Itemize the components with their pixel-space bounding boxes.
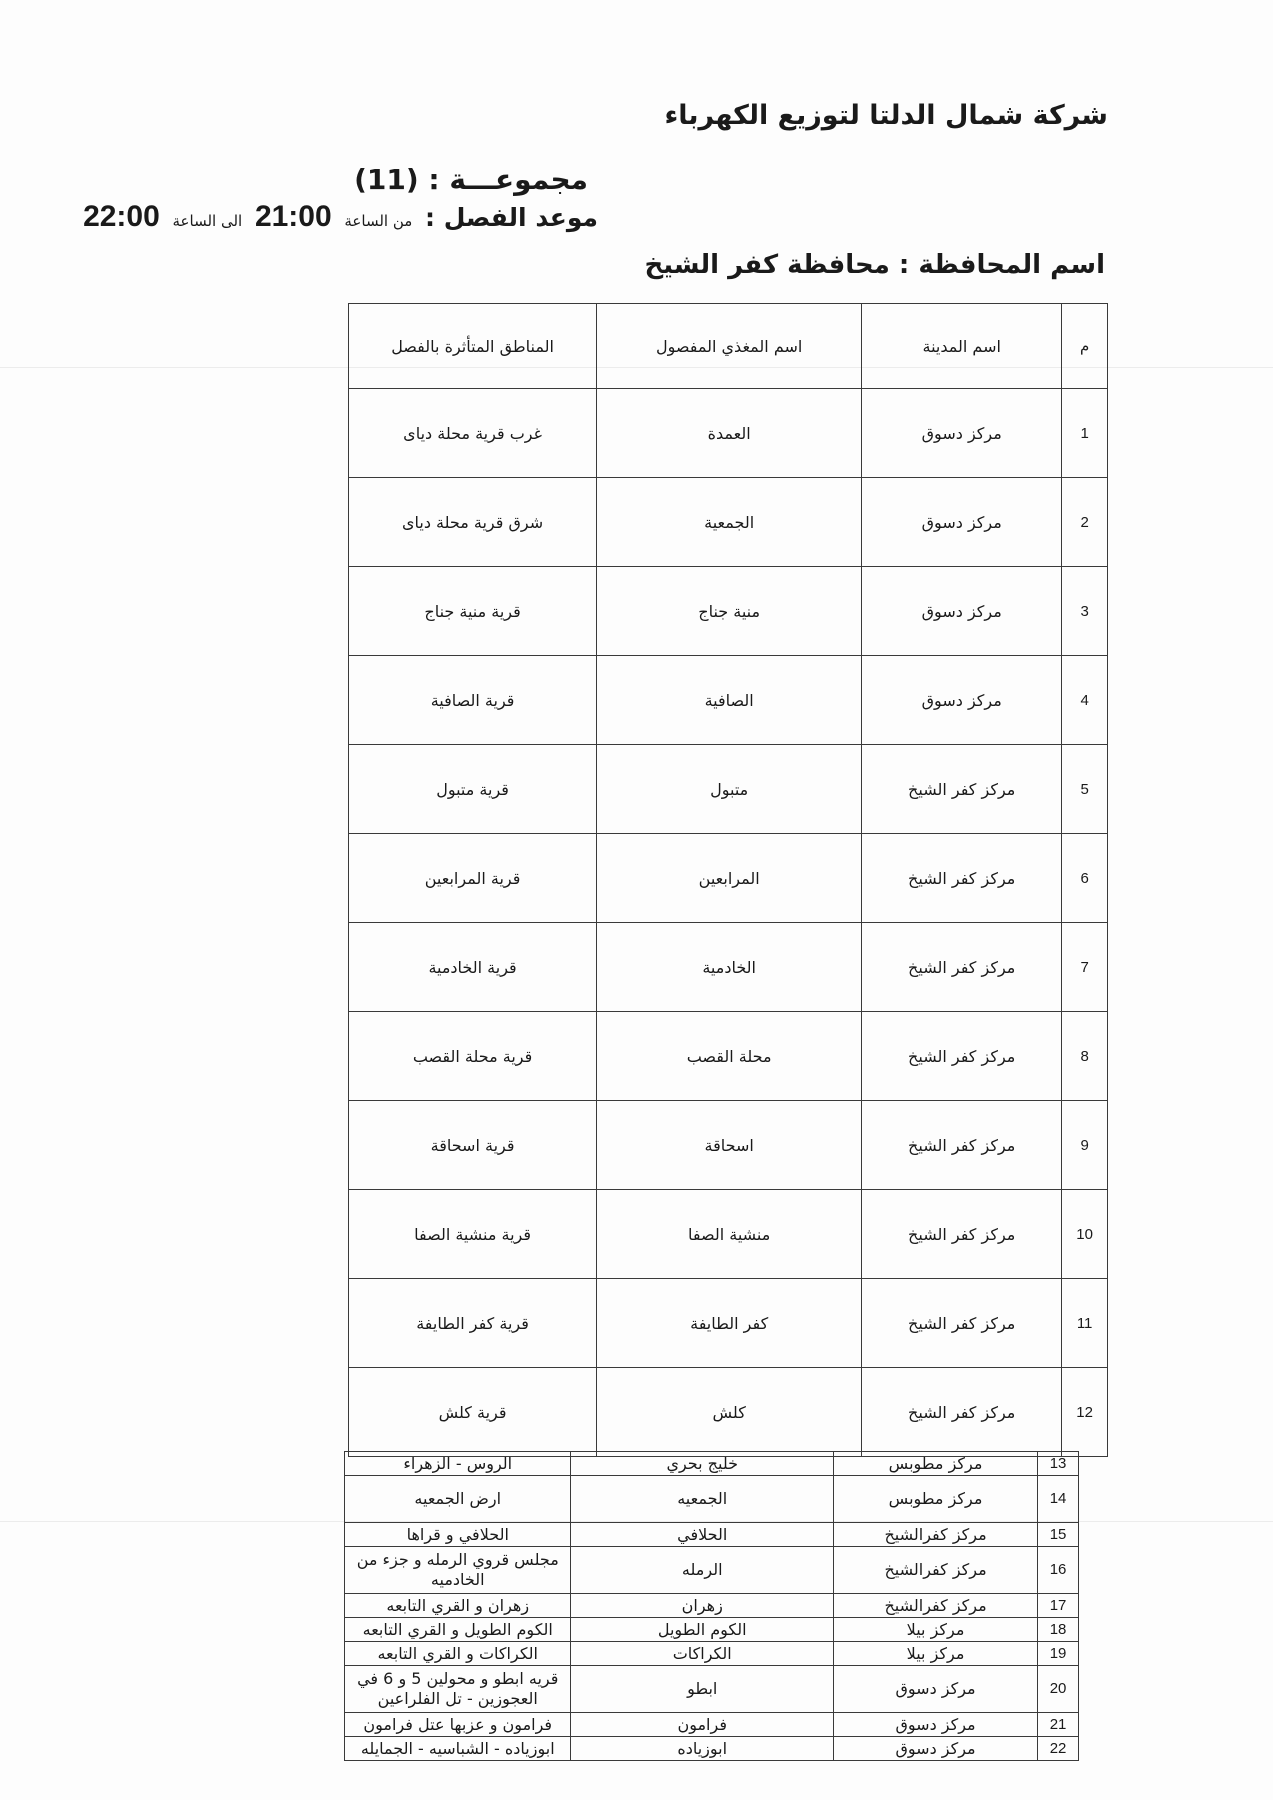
table-row: 7مركز كفر الشيخالخادميةقرية الخادمية: [349, 923, 1108, 1012]
table-row: 14مركز مطوبسالجمعيهارض الجمعيه: [345, 1476, 1079, 1523]
cutoff-from-text: من الساعة: [344, 212, 412, 230]
row-city: مركز دسوق: [862, 389, 1062, 478]
row-number: 22: [1038, 1737, 1079, 1761]
row-areas: ابوزياده - الشباسيه - الجمايله: [345, 1737, 571, 1761]
table-row: 10مركز كفر الشيخمنشية الصفاقرية منشية ال…: [349, 1190, 1108, 1279]
row-feeder: كفر الطايفة: [597, 1279, 862, 1368]
row-city: مركز دسوق: [833, 1737, 1037, 1761]
header-feeder: اسم المغذي المفصول: [597, 304, 862, 389]
row-number: 20: [1038, 1666, 1079, 1713]
table-row: 15مركز كفرالشيخالحلافيالحلافي و قراها: [345, 1523, 1079, 1547]
table-row: 12مركز كفر الشيخكلشقرية كلش: [349, 1368, 1108, 1457]
row-city: مركز دسوق: [862, 478, 1062, 567]
row-number: 14: [1038, 1476, 1079, 1523]
row-areas: قرية اسحاقة: [349, 1101, 597, 1190]
row-number: 4: [1062, 656, 1108, 745]
row-feeder: العمدة: [597, 389, 862, 478]
header-city: اسم المدينة: [862, 304, 1062, 389]
table-row: 3مركز دسوقمنية جناجقرية منية جناج: [349, 567, 1108, 656]
row-areas: الكراكات و القري التابعه: [345, 1642, 571, 1666]
table-row: 4مركز دسوقالصافيةقرية الصافية: [349, 656, 1108, 745]
row-feeder: الخادمية: [597, 923, 862, 1012]
row-number: 16: [1038, 1547, 1079, 1594]
table-row: 22مركز دسوقابوزيادهابوزياده - الشباسيه -…: [345, 1737, 1079, 1761]
row-areas: قرية منية جناج: [349, 567, 597, 656]
table-row: 9مركز كفر الشيخاسحاقةقرية اسحاقة: [349, 1101, 1108, 1190]
row-city: مركز كفر الشيخ: [862, 1279, 1062, 1368]
row-areas: قرية كلش: [349, 1368, 597, 1457]
row-feeder: منية جناج: [597, 567, 862, 656]
row-number: 21: [1038, 1713, 1079, 1737]
row-city: مركز دسوق: [862, 656, 1062, 745]
row-areas: قرية المرابعين: [349, 834, 597, 923]
governorate-name: اسم المحافظة : محافظة كفر الشيخ: [645, 250, 1105, 280]
row-city: مركز مطوبس: [833, 1452, 1037, 1476]
row-feeder: الصافية: [597, 656, 862, 745]
row-number: 10: [1062, 1190, 1108, 1279]
table-row: 19مركز بيلاالكراكاتالكراكات و القري التا…: [345, 1642, 1079, 1666]
row-number: 1: [1062, 389, 1108, 478]
row-areas: قرية الخادمية: [349, 923, 597, 1012]
row-number: 3: [1062, 567, 1108, 656]
row-feeder: الكراكات: [571, 1642, 834, 1666]
row-feeder: متبول: [597, 745, 862, 834]
cutoff-time: موعد الفصل : من الساعة 21:00 الى الساعة …: [83, 200, 598, 234]
row-number: 11: [1062, 1279, 1108, 1368]
row-city: مركز كفر الشيخ: [862, 745, 1062, 834]
company-name: شركة شمال الدلتا لتوزيع الكهرباء: [664, 100, 1108, 131]
row-areas: قرية محلة القصب: [349, 1012, 597, 1101]
row-feeder: خليج بحري: [571, 1452, 834, 1476]
row-areas: فرامون و عزبها عتل فرامون: [345, 1713, 571, 1737]
table-row: 5مركز كفر الشيخمتبولقرية متبول: [349, 745, 1108, 834]
table-row: 11مركز كفر الشيخكفر الطايفةقرية كفر الطا…: [349, 1279, 1108, 1368]
row-number: 13: [1038, 1452, 1079, 1476]
row-areas: ارض الجمعيه: [345, 1476, 571, 1523]
row-city: مركز كفر الشيخ: [862, 1190, 1062, 1279]
row-feeder: الرمله: [571, 1547, 834, 1594]
row-areas: زهران و القري التابعه: [345, 1594, 571, 1618]
row-areas: قرية متبول: [349, 745, 597, 834]
outage-table-main: م اسم المدينة اسم المغذي المفصول المناطق…: [348, 303, 1108, 1457]
row-areas: الحلافي و قراها: [345, 1523, 571, 1547]
row-number: 8: [1062, 1012, 1108, 1101]
row-city: مركز بيلا: [833, 1618, 1037, 1642]
table-row: 8مركز كفر الشيخمحلة القصبقرية محلة القصب: [349, 1012, 1108, 1101]
outage-table-continued: 13مركز مطوبسخليج بحريالروس - الزهراء14مر…: [344, 1451, 1079, 1761]
row-city: مركز بيلا: [833, 1642, 1037, 1666]
table-row: 20مركز دسوقابطوقريه ابطو و محولين 5 و 6 …: [345, 1666, 1079, 1713]
row-city: مركز كفرالشيخ: [833, 1523, 1037, 1547]
cutoff-label: موعد الفصل :: [425, 203, 598, 232]
row-feeder: فرامون: [571, 1713, 834, 1737]
row-number: 18: [1038, 1618, 1079, 1642]
row-areas: قرية منشية الصفا: [349, 1190, 597, 1279]
table-row: 2مركز دسوقالجمعيةشرق قرية محلة دياى: [349, 478, 1108, 567]
row-number: 12: [1062, 1368, 1108, 1457]
row-number: 5: [1062, 745, 1108, 834]
row-city: مركز مطوبس: [833, 1476, 1037, 1523]
table-row: 13مركز مطوبسخليج بحريالروس - الزهراء: [345, 1452, 1079, 1476]
header-areas: المناطق المتأثرة بالفصل: [349, 304, 597, 389]
header-number: م: [1062, 304, 1108, 389]
row-city: مركز دسوق: [833, 1713, 1037, 1737]
cutoff-to-text: الى الساعة: [173, 212, 243, 230]
row-areas: قريه ابطو و محولين 5 و 6 في العجوزين - ت…: [345, 1666, 571, 1713]
table-row: 16مركز كفرالشيخالرملهمجلس قروي الرمله و …: [345, 1547, 1079, 1594]
row-city: مركز كفرالشيخ: [833, 1594, 1037, 1618]
cutoff-to-time: 22:00: [83, 200, 160, 233]
row-number: 9: [1062, 1101, 1108, 1190]
row-feeder: منشية الصفا: [597, 1190, 862, 1279]
row-feeder: ابوزياده: [571, 1737, 834, 1761]
row-areas: مجلس قروي الرمله و جزء من الخادميه: [345, 1547, 571, 1594]
row-number: 15: [1038, 1523, 1079, 1547]
scanned-document-page: شركة شمال الدلتا لتوزيع الكهرباء مجموعــ…: [0, 0, 1273, 1800]
row-feeder: ابطو: [571, 1666, 834, 1713]
row-feeder: الجمعية: [597, 478, 862, 567]
row-areas: قرية الصافية: [349, 656, 597, 745]
row-feeder: كلش: [597, 1368, 862, 1457]
row-number: 6: [1062, 834, 1108, 923]
row-city: مركز كفر الشيخ: [862, 923, 1062, 1012]
table-header-row: م اسم المدينة اسم المغذي المفصول المناطق…: [349, 304, 1108, 389]
row-city: مركز دسوق: [833, 1666, 1037, 1713]
cutoff-from-time: 21:00: [255, 200, 332, 233]
row-city: مركز كفرالشيخ: [833, 1547, 1037, 1594]
table-row: 21مركز دسوقفرامونفرامون و عزبها عتل فرام…: [345, 1713, 1079, 1737]
row-areas: غرب قرية محلة دياى: [349, 389, 597, 478]
row-city: مركز كفر الشيخ: [862, 834, 1062, 923]
row-city: مركز كفر الشيخ: [862, 1012, 1062, 1101]
row-number: 19: [1038, 1642, 1079, 1666]
row-areas: الكوم الطويل و القري التابعه: [345, 1618, 571, 1642]
table-row: 18مركز بيلاالكوم الطويلالكوم الطويل و ال…: [345, 1618, 1079, 1642]
row-feeder: الجمعيه: [571, 1476, 834, 1523]
row-areas: الروس - الزهراء: [345, 1452, 571, 1476]
row-number: 2: [1062, 478, 1108, 567]
group-number: مجموعـــة : (11): [354, 163, 588, 196]
table-row: 6مركز كفر الشيخالمرابعينقرية المرابعين: [349, 834, 1108, 923]
table-row: 17مركز كفرالشيخزهرانزهران و القري التابع…: [345, 1594, 1079, 1618]
row-feeder: زهران: [571, 1594, 834, 1618]
row-feeder: المرابعين: [597, 834, 862, 923]
row-city: مركز كفر الشيخ: [862, 1101, 1062, 1190]
row-feeder: اسحاقة: [597, 1101, 862, 1190]
table-row: 1مركز دسوقالعمدةغرب قرية محلة دياى: [349, 389, 1108, 478]
row-feeder: الحلافي: [571, 1523, 834, 1547]
row-feeder: الكوم الطويل: [571, 1618, 834, 1642]
row-feeder: محلة القصب: [597, 1012, 862, 1101]
row-areas: قرية كفر الطايفة: [349, 1279, 597, 1368]
row-city: مركز دسوق: [862, 567, 1062, 656]
row-city: مركز كفر الشيخ: [862, 1368, 1062, 1457]
row-areas: شرق قرية محلة دياى: [349, 478, 597, 567]
row-number: 17: [1038, 1594, 1079, 1618]
row-number: 7: [1062, 923, 1108, 1012]
